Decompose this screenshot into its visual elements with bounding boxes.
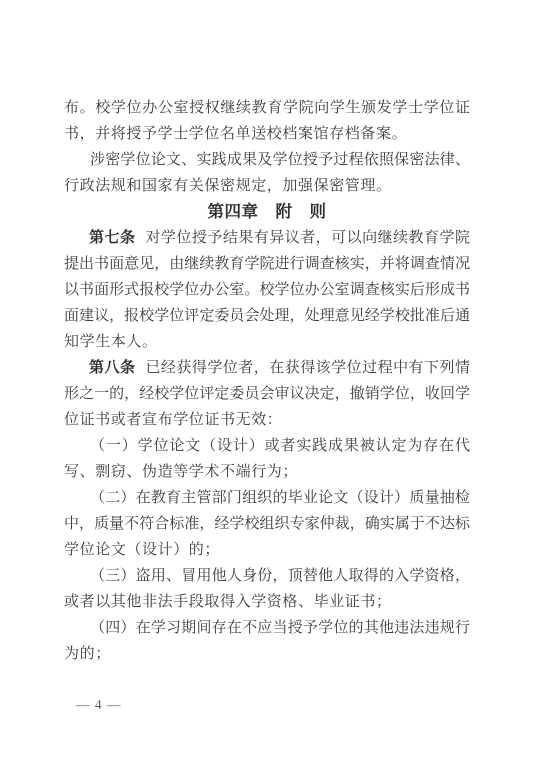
text-line: 位证书或者宣布学位证书无效： — [64, 407, 470, 433]
text-line: 或者以其他非法手段取得入学资格、毕业证书； — [64, 589, 470, 615]
text-line: 第八条已经获得学位者，在获得该学位过程中有下列情 — [64, 355, 470, 381]
article-7-text: 对学位授予结果有异议者，可以向继续教育学院 — [145, 230, 470, 246]
text-line: 提出书面意见，由继续教育学院进行调查核实，并将调查情况 — [64, 251, 470, 277]
text-line: 为的； — [64, 641, 470, 667]
document-page: 布。校学位办公室授权继续教育学院向学生颁发学士学位证 书，并将授予学士学位名单送… — [0, 0, 543, 768]
text-line: 写、剽窃、伪造等学术不端行为； — [64, 459, 470, 485]
text-line: 第七条对学位授予结果有异议者，可以向继续教育学院 — [64, 225, 470, 251]
text-line: （二）在教育主管部门组织的毕业论文（设计）质量抽检 — [64, 485, 470, 511]
text-line: 涉密学位论文、实践成果及学位授予过程依照保密法律、 — [64, 147, 470, 173]
page-number: — 4 — — [76, 694, 122, 716]
text-line: 中，质量不符合标准，经学校组织专家仲裁，确实属于不达标 — [64, 511, 470, 537]
text-line: 行政法规和国家有关保密规定，加强保密管理。 — [64, 173, 470, 199]
text-line: （一）学位论文（设计）或者实践成果被认定为存在代 — [64, 433, 470, 459]
text-line: 面建议，报校学位评定委员会处理，处理意见经学校批准后通 — [64, 303, 470, 329]
article-7-label: 第七条 — [89, 230, 135, 246]
text-line: （四）在学习期间存在不应当授予学位的其他违法违规行 — [64, 615, 470, 641]
article-8-text: 已经获得学位者，在获得该学位过程中有下列情 — [145, 360, 470, 376]
text-line: 学位论文（设计）的； — [64, 537, 470, 563]
text-block: 布。校学位办公室授权继续教育学院向学生颁发学士学位证 书，并将授予学士学位名单送… — [64, 95, 470, 667]
text-line: 知学生本人。 — [64, 329, 470, 355]
text-line: 以书面形式报校学位办公室。校学位办公室调查核实后形成书 — [64, 277, 470, 303]
text-line: （三）盗用、冒用他人身份，顶替他人取得的入学资格， — [64, 563, 470, 589]
chapter-heading: 第四章 附 则 — [64, 199, 470, 225]
article-8-label: 第八条 — [89, 360, 135, 376]
text-line: 书，并将授予学士学位名单送校档案馆存档备案。 — [64, 121, 470, 147]
text-line: 形之一的，经校学位评定委员会审议决定，撤销学位，收回学 — [64, 381, 470, 407]
text-line: 布。校学位办公室授权继续教育学院向学生颁发学士学位证 — [64, 95, 470, 121]
